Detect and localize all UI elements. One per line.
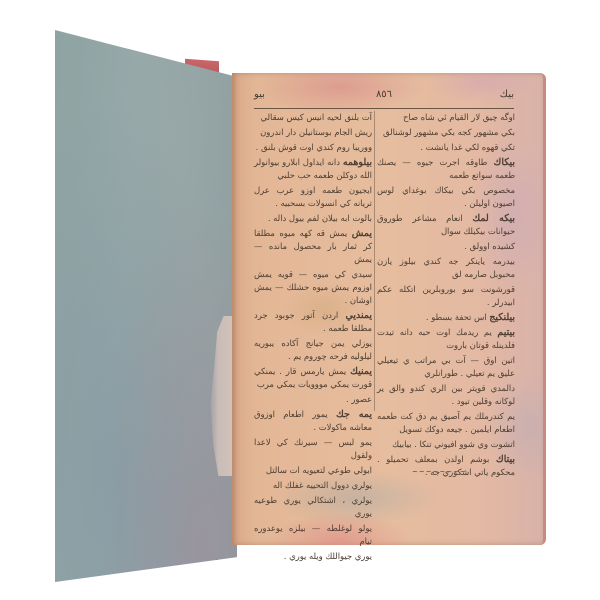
entry-text: بكي مشهور كجه بكي مشهور لوشنالق [383,127,515,137]
dictionary-entry: قورشونت سو بوروبلرين اتكله عكم ابيدرلر . [377,283,515,309]
dictionary-entry: يمنديي اردن آتور جوبود جرد مطلقا طعمه . [254,309,372,335]
header-left-word: بيو [254,89,265,100]
entry-text: عصور . [346,394,372,404]
book-cover [55,30,237,582]
dictionary-entry: يمو لبس — سيرنك كي لاعدا ولقول [254,436,372,462]
dictionary-entry: بيتيم يم ريدمك اوت حبه دانه تيدت فلدينله… [377,326,515,352]
entry-text: كشيده اوولق . [464,241,515,251]
entry-text: يم كندرملك يم آصيق يم دق كت طعمه اطعام ا… [377,411,515,434]
entry-text: ووريبا روم كندي اوت قوش بلنق . [256,142,372,152]
right-column: اوگه چیق لار القيام ئي شاه صاحبكي مشهور … [377,111,515,471]
dictionary-entry: اتين اوق — آت بي مراتب ي تيعيلي عليق يم … [377,354,515,380]
dictionary-entry: مخصوص بكي بيكاك بوغداي لوس اصيون اوليلن … [377,184,515,210]
entry-headword: بيتيم [497,327,515,338]
dictionary-entry: يم كندرملك يم آصيق يم دق كت طعمه اطعام ا… [377,410,515,436]
cover-texture [55,30,237,582]
entry-text: اوگه چیق لار القيام ئي شاه صاح [403,112,515,122]
dictionary-entry: بيدرمه ياينكر جه كندي بيلوز يازن محبوبل … [377,255,515,281]
entry-text: يولري دوول التحييه غفلك اله [273,480,372,490]
dictionary-entry: بكي مشهور كجه بكي مشهور لوشنالق [377,126,515,139]
entry-headword: يمنيك [350,366,372,377]
dictionary-entry: سيدي كي ميوه — قويه يمش اوزوم يمش ميوه ح… [254,268,372,307]
left-column: آت بلنق لحيه انيس كيس سقاليريش الجام بوس… [254,111,372,411]
dictionary-entry: ايولي طوعي لتعيويه ات سالتل [254,464,372,477]
entry-text: اس تحفة بسطو . [426,312,487,322]
dictionary-entry: بيكاك طاوقه اجرت جيوه — يصنك طعمه سواتع … [377,156,515,182]
entry-text: يوري جيواللك ويله يوري . [284,551,372,561]
entry-text: يمو لبس — سيرنك كي لاعدا ولقول [254,437,372,460]
book-page: بيك ٨٥٦ بيو اوگه چیق لار القيام ئي شاه ص… [232,73,546,545]
dictionary-entry: بالوت ابه بيلان لفم بيول داله . [254,212,372,225]
entry-text: تكي قهوه لكي غدا يانشت . [420,142,515,152]
column-divider [374,111,375,411]
entry-text: آت بلنق لحيه انيس كيس سقالي [260,112,372,122]
entry-text: ريش الجام بوستانيلن دار اندرون [260,127,372,137]
entry-text: يوزلي يمن جيانج آكاده يبوريه ليلوليه فرح… [254,338,372,361]
dictionary-entry: ايجيون طعمه اوزو عرب عرل تريانه كي انسول… [254,184,372,210]
entry-headword: بيكاك [494,157,515,168]
dictionary-entry: بيكه لمك انعام مشاعر طوروق حيوانات بيكيل… [377,212,515,238]
entry-headword: يمنديي [345,310,372,321]
entry-text: يولري ، اشتكالي يوري طوعيه يوري [254,495,372,518]
entry-text: مخصوص بكي بيكاك بوغداي لوس اصيون اوليلن … [377,185,515,208]
entry-text: يم ريدمك اوت حبه دانه تيدت فلدينله قوتان… [377,327,515,350]
header-rule [254,108,514,109]
entry-headword: يمه جك [336,409,372,420]
entry-text: اتين اوق — آت بي مراتب ي تيعيلي عليق يم … [377,355,515,378]
dictionary-entry: يمش يمش قه كهه ميوه مطلقا كر ثمار بار مح… [254,227,372,266]
dictionary-entry: يمه جك يمور اطعام اوزوق معاشه ماكولات . [254,408,372,434]
entry-text: بالوت ابه بيلان لفم بيول داله . [268,213,372,223]
dictionary-entry: كشيده اوولق . [377,240,515,253]
dictionary-entry: ريش الجام بوستانيلن دار اندرون [254,126,372,139]
dictionary-entry: يولري دوول التحييه غفلك اله [254,479,372,492]
dictionary-entry: يمنيك يمش يارمس قار . يمنكي قورت يمكي مو… [254,365,372,391]
dictionary-entry: آت بلنق لحيه انيس كيس سقالي [254,111,372,124]
dictionary-entry: ووريبا روم كندي اوت قوش بلنق . [254,141,372,154]
entry-text: ايجيون طعمه اوزو عرب عرل تريانه كي انسول… [254,185,372,208]
entry-headword: بيتاك [496,454,515,465]
entry-headword: بيلنكيج [489,312,515,323]
entry-text: سيدي كي ميوه — قويه يمش اوزوم يمش ميوه ح… [254,269,372,305]
dictionary-entry: بيلنكيج اس تحفة بسطو . [377,311,515,324]
end-ornament: ~~~~~~~~ [412,468,472,476]
page-header: بيك ٨٥٦ بيو [254,89,514,105]
book-photo: بيك ٨٥٦ بيو اوگه چیق لار القيام ئي شاه ص… [0,0,600,600]
dictionary-entry: تكي قهوه لكي غدا يانشت . [377,141,515,154]
dictionary-entry: اتشوت وي شوو افيوني تنكا . بيابيك [377,438,515,451]
entry-text: ايولي طوعي لتعيويه ات سالتل [266,465,372,475]
dictionary-entry: اوگه چیق لار القيام ئي شاه صاح [377,111,515,124]
entry-text: اتشوت وي شوو افيوني تنكا . بيابيك [392,439,515,449]
entry-headword: بيلوهمه [343,157,372,168]
page-number: ٨٥٦ [376,89,392,100]
dictionary-entry: بيلوهمه دانه ايداول ابلارو بيوانولر الله… [254,156,372,182]
dictionary-entry: يوري جيواللك ويله يوري . [254,550,372,563]
dictionary-entry: عصور . [254,393,372,406]
header-right-word: بيك [500,89,514,100]
entry-headword: بيكه لمك [472,213,515,224]
entry-text: قورشونت سو بوروبلرين اتكله عكم ابيدرلر . [377,284,515,307]
dictionary-entry: دالمدي قويتر بين الري كندو والق ير لوكان… [377,382,515,408]
dictionary-entry: يوزلي يمن جيانج آكاده يبوريه ليلوليه فرح… [254,337,372,363]
entry-headword: يمش [352,228,372,239]
entry-text: يولو لوغلطه — بيلزه يوعدوره تيام [254,523,372,546]
entry-text: دالمدي قويتر بين الري كندو والق ير لوكان… [377,383,515,406]
dictionary-entry: يولو لوغلطه — بيلزه يوعدوره تيام [254,522,372,548]
entry-text: بيدرمه ياينكر جه كندي بيلوز يازن محبوبل … [377,256,515,279]
dictionary-entry: يولري ، اشتكالي يوري طوعيه يوري [254,494,372,520]
